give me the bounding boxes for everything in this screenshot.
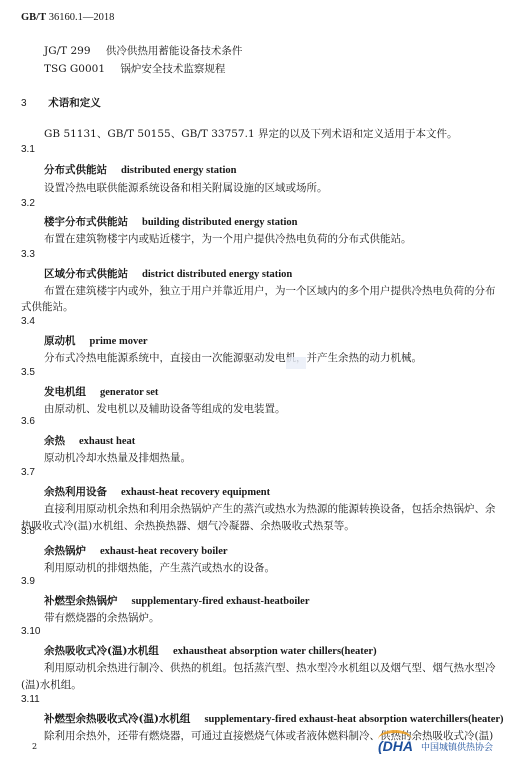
term-heading: 余热exhaust heat [44, 433, 135, 448]
term-definition: 布置在建筑物楼宇内或贴近楼宇，为一个用户提供冷热电负荷的分布式供能站。 [44, 231, 412, 246]
term-zh: 补燃型余热吸收式冷(温)水机组 [44, 713, 190, 725]
term-en: exhaustheat absorption water chillers(he… [173, 646, 377, 657]
term-en: distributed energy station [121, 165, 237, 176]
term-number: 3.5 [21, 367, 35, 378]
section-title: 术语和定义 [48, 97, 101, 109]
term-zh: 原动机 [44, 335, 76, 347]
term-zh: 余热 [44, 435, 65, 447]
term-en: district distributed energy station [142, 269, 292, 280]
term-definition: 直接利用原动机余热和利用余热锅炉产生的蒸汽或热水为热源的能源转换设备，包括余热锅… [44, 501, 496, 516]
term-en: supplementary-fired exhaust-heatboiler [132, 596, 310, 607]
term-heading: 补燃型余热吸收式冷(温)水机组supplementary-fired exhau… [44, 711, 504, 726]
term-heading: 余热吸收式冷(温)水机组exhaustheat absorption water… [44, 643, 377, 658]
section-intro: GB 51131、GB/T 50155、GB/T 33757.1 界定的以及下列… [44, 126, 457, 141]
term-definition: 原动机冷却水热量及排烟热量。 [44, 450, 191, 465]
term-number: 3.2 [21, 198, 35, 209]
term-number: 3.4 [21, 316, 35, 327]
term-number: 3.1 [21, 144, 35, 155]
watermark-icon [286, 357, 306, 369]
term-number: 3.6 [21, 416, 35, 427]
standard-prefix: GB/T [21, 12, 46, 23]
term-heading: 区域分布式供能站district distributed energy stat… [44, 266, 292, 281]
term-number: 3.7 [21, 467, 35, 478]
term-en: prime mover [90, 336, 148, 347]
term-definition: 布置在建筑楼宇内或外，独立于用户并靠近用户，为一个区域内的多个用户提供冷热电负荷… [44, 283, 496, 298]
term-en: generator set [100, 387, 158, 398]
document-header: GB/T 36160.1—2018 [21, 12, 114, 23]
term-zh: 发电机组 [44, 386, 86, 398]
term-heading: 余热利用设备exhaust-heat recovery equipment [44, 484, 270, 499]
term-en: exhaust heat [79, 436, 135, 447]
term-heading: 分布式供能站distributed energy station [44, 162, 237, 177]
standard-number: 36160.1—2018 [49, 12, 115, 23]
logo-text: 中国城镇供热协会 [421, 740, 493, 753]
term-zh: 补燃型余热锅炉 [44, 595, 118, 607]
term-heading: 发电机组generator set [44, 384, 158, 399]
term-en: exhaust-heat recovery equipment [121, 487, 270, 498]
section-heading: 3 术语和定义 [21, 95, 101, 110]
term-number: 3.3 [21, 249, 35, 260]
term-heading: 补燃型余热锅炉supplementary-fired exhaust-heatb… [44, 593, 310, 608]
term-heading: 楼宇分布式供能站building distributed energy stat… [44, 214, 298, 229]
term-definition: 分布式冷热电能源系统中，直接由一次能源驱动发电机，并产生余热的动力机械。 [44, 350, 422, 365]
term-heading: 余热锅炉exhaust-heat recovery boiler [44, 543, 228, 558]
term-definition: 设置冷热电联供能源系统设备和相关附属设施的区域或场所。 [44, 180, 328, 195]
association-logo: (DHA 中国城镇供热协会 [378, 738, 493, 754]
page-number: 2 [32, 742, 37, 751]
reference-item: JG/T 299 供冷供热用蓄能设备技术条件 [44, 43, 242, 58]
term-zh: 楼宇分布式供能站 [44, 216, 128, 228]
term-heading: 原动机prime mover [44, 333, 148, 348]
term-zh: 余热利用设备 [44, 486, 107, 498]
reference-code: TSG G0001 [44, 63, 105, 75]
term-definition: 由原动机、发电机以及辅助设备等组成的发电装置。 [44, 401, 286, 416]
term-number: 3.8 [21, 526, 35, 537]
term-zh: 余热吸收式冷(温)水机组 [44, 645, 159, 657]
reference-code: JG/T 299 [44, 45, 91, 57]
section-number: 3 [21, 98, 27, 109]
term-definition: 利用原动机余热进行制冷、供热的机组。包括蒸汽型、热水型冷水机组以及烟气型、烟气热… [44, 660, 496, 675]
term-zh: 余热锅炉 [44, 545, 86, 557]
term-definition: 利用原动机的排烟热能，产生蒸汽或热水的设备。 [44, 560, 275, 575]
logo-mark: (DHA [378, 738, 413, 754]
term-number: 3.11 [21, 694, 40, 705]
reference-item: TSG G0001 锅炉安全技术监察规程 [44, 61, 225, 76]
term-number: 3.9 [21, 576, 35, 587]
term-definition: 带有燃烧器的余热锅炉。 [44, 610, 160, 625]
term-en: supplementary-fired exhaust-heat absorpt… [204, 714, 503, 725]
term-en: building distributed energy station [142, 217, 298, 228]
logo-arc-icon [378, 730, 412, 749]
term-zh: 分布式供能站 [44, 164, 107, 176]
reference-title: 供冷供热用蓄能设备技术条件 [106, 45, 243, 57]
reference-title: 锅炉安全技术监察规程 [120, 63, 225, 75]
term-zh: 区域分布式供能站 [44, 268, 128, 280]
term-number: 3.10 [21, 626, 40, 637]
term-definition-cont: (温)水机组。 [21, 677, 82, 692]
term-definition-cont: 热吸收式冷(温)水机组、余热换热器、烟气冷凝器、余热吸收式热泵等。 [21, 518, 355, 533]
term-en: exhaust-heat recovery boiler [100, 546, 228, 557]
term-definition-cont: 式供能站。 [21, 299, 74, 314]
